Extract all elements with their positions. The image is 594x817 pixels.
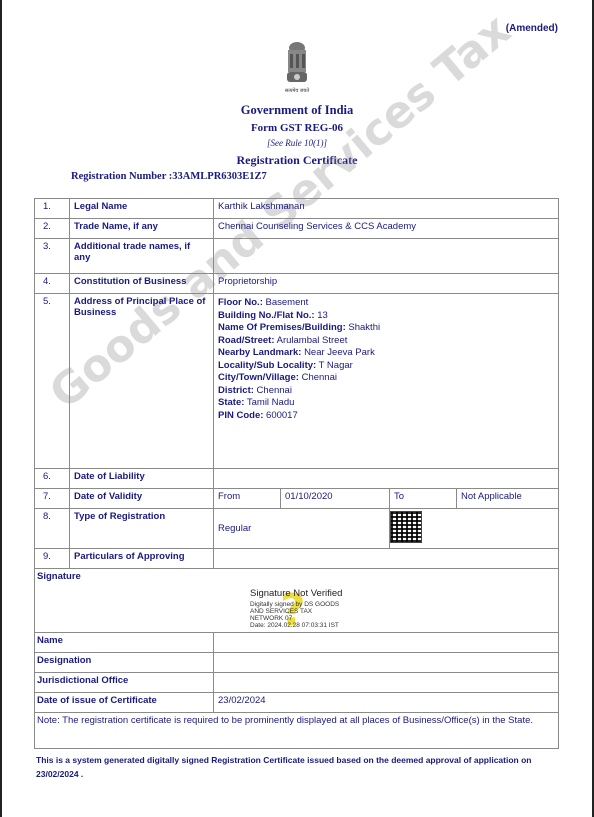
qr-code-icon — [390, 511, 422, 543]
table-row-note: Note: The registration certificate is re… — [35, 713, 559, 749]
table-row-date-of-issue: Date of issue of Certificate 23/02/2024 — [35, 693, 559, 713]
validity-from-date: 01/10/2020 — [281, 489, 390, 509]
table-row-date-of-liability: 6. Date of Liability — [35, 469, 559, 489]
validity-to-date: Not Applicable — [457, 489, 559, 509]
issue-date-value: 23/02/2024 — [214, 693, 559, 713]
table-row-designation: Designation — [35, 653, 559, 673]
national-emblem-icon: सत्यमेव जयते — [278, 40, 316, 96]
table-row-trade-name: 2. Trade Name, if any Chennai Counseling… — [35, 219, 559, 239]
table-row-type-of-registration: 8. Type of Registration Regular — [35, 509, 559, 549]
table-row-additional-trade-names: 3. Additional trade names, if any — [35, 239, 559, 274]
constitution-value: Proprietorship — [214, 274, 559, 294]
certificate-table: 1. Legal Name Karthik Lakshmanan 2. Trad… — [34, 198, 559, 749]
table-row-jurisdictional-office: Jurisdictional Office — [35, 673, 559, 693]
signature-status: Signature Not Verified — [250, 588, 342, 599]
registration-number: Registration Number :33AMLPR6303E1Z7 — [71, 171, 267, 182]
trade-name-value: Chennai Counseling Services & CCS Academ… — [214, 219, 559, 239]
table-row-legal-name: 1. Legal Name Karthik Lakshmanan — [35, 199, 559, 219]
table-row-address: 5. Address of Principal Place of Busines… — [35, 294, 559, 469]
address-value: Floor No.: Basement Building No./Flat No… — [214, 294, 559, 469]
svg-text:सत्यमेव जयते: सत्यमेव जयते — [285, 87, 309, 94]
rule-reference: [See Rule 10(1)] — [0, 138, 594, 148]
certificate-title: Registration Certificate — [0, 153, 594, 168]
registration-type-value: Regular — [214, 509, 390, 549]
footer-statement: This is a system generated digitally sig… — [36, 753, 556, 781]
note-text: Note: The registration certificate is re… — [35, 713, 559, 749]
legal-name-value: Karthik Lakshmanan — [214, 199, 559, 219]
table-row-date-of-validity: 7. Date of Validity From 01/10/2020 To N… — [35, 489, 559, 509]
form-title: Form GST REG-06 — [0, 122, 594, 134]
amended-label: (Amended) — [506, 23, 558, 34]
table-row-particulars-of-approving: 9. Particulars of Approving — [35, 549, 559, 569]
table-row-constitution: 4. Constitution of Business Proprietorsh… — [35, 274, 559, 294]
government-title: Government of India — [0, 103, 594, 118]
digital-signature: Signature Not Verified Digitally signed … — [250, 588, 342, 629]
